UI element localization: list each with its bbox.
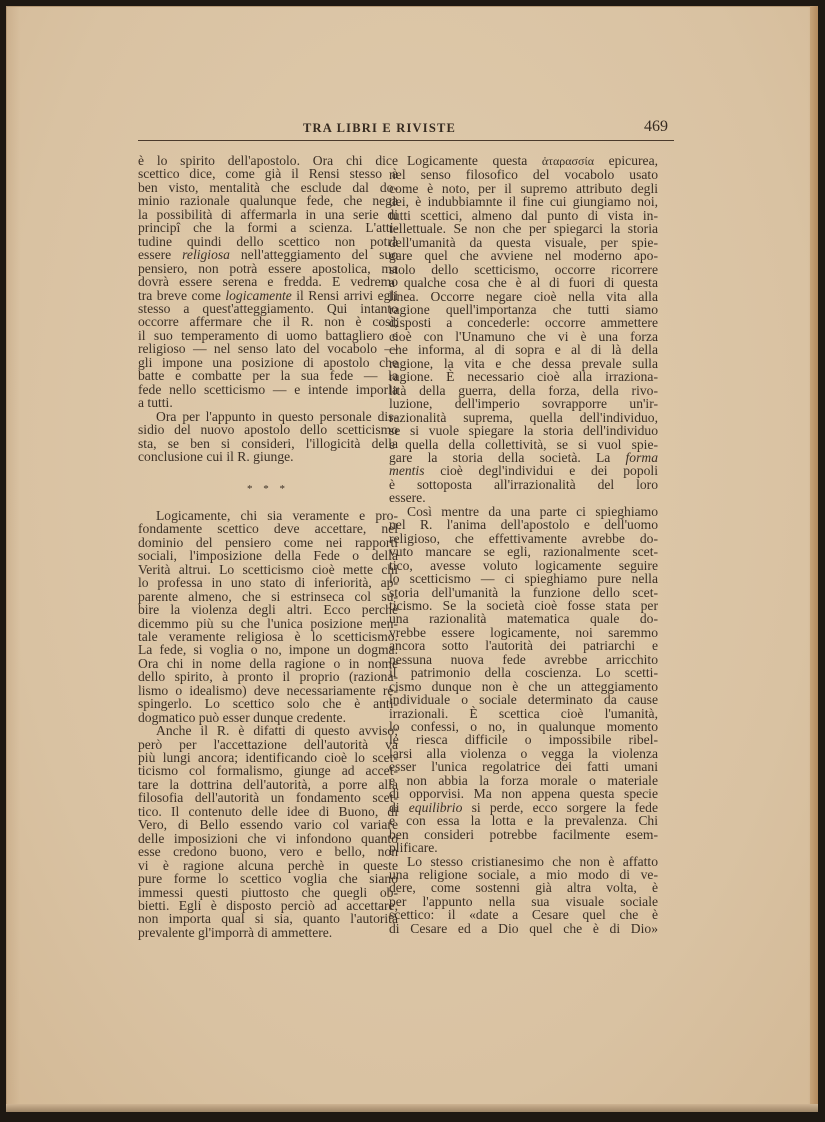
text-line: Ora per l'appunto in questo personale di…: [138, 410, 398, 423]
text-line: pure forme lo scettico voglia che siano: [138, 872, 398, 885]
text-line: tale veramente religiosa è lo scetticism…: [138, 630, 398, 643]
text-line: Lo stesso cristianesimo che non è affatt…: [389, 855, 658, 868]
text-line: Verità altrui. Lo scetticismo cioè mette…: [138, 563, 398, 576]
text-line: tico. Il contenuto delle idee di Buono, …: [138, 805, 398, 818]
text-line: esser l'unica regolatrice dei fatti uman…: [389, 760, 658, 773]
text-span: essere: [138, 247, 182, 262]
text-line: a tutti.: [138, 396, 398, 409]
text-line: parente almeno, che si estrinseca col su…: [138, 590, 398, 603]
text-line: La fede, si voglia o no, impone un dogma…: [138, 643, 398, 656]
text-line: Vero, di Bello essendo vario col variare: [138, 818, 398, 831]
left-column: è lo spirito dell'apostolo. Ora chi dice…: [138, 154, 398, 939]
paragraph: Logicamente, chi sia veramente e pro- fo…: [138, 509, 398, 724]
text-line: Logicamente questa ἀταρασσία epicurea,: [389, 154, 658, 168]
text-line: una razionalità matematica quale do-: [389, 612, 658, 625]
paragraph: Anche il R. è difatti di questo avviso; …: [138, 724, 398, 939]
text-line: tudine quindi dello scettico non potrà: [138, 235, 398, 248]
text-line: gli impone una posizione di apostolo che: [138, 356, 398, 369]
text-line: individuale o sociale determinato da cau…: [389, 693, 658, 706]
text-line: le riesca difficile o impossibile ribel-: [389, 733, 658, 746]
text-line: dogmatico può esser dunque credente.: [138, 711, 398, 724]
text-line: vi è ragione alcuna perchè in queste: [138, 859, 398, 872]
text-line: dominio del pensiero come nei rapporti: [138, 536, 398, 549]
text-line: spingerlo. Lo scettico solo che è anti-: [138, 697, 398, 710]
text-span: Logicamente questa: [407, 153, 542, 168]
text-line: non importa qual si sia, quanto l'autori…: [138, 912, 398, 925]
text-line: irrazionali. È scettica cioè l'umanità,: [389, 707, 658, 720]
text-line: religioso — nel senso lato del vocabolo …: [138, 342, 398, 355]
text-line: ticismo. Se la società cioè fosse stata …: [389, 599, 658, 612]
text-line: delle imposizioni che vi infondono quant…: [138, 832, 398, 845]
text-line: scettico: il «date a Cesare quel che è: [389, 908, 658, 921]
text-line: dei, è indubbiamnte il fine cui giungiam…: [389, 195, 658, 208]
text-line: lo confessi, o no, in qualunque momento: [389, 720, 658, 733]
text-line: di opporvisi. Ma non appena questa speci…: [389, 787, 658, 800]
page-number: 469: [644, 118, 668, 136]
text-line: il patrimonio della coscienza. Lo scetti…: [389, 666, 658, 679]
italic-word: religiosa: [182, 247, 230, 262]
page-edge-bottom: [6, 1104, 818, 1112]
text-line: una religione sociale, a mio modo di ve-: [389, 868, 658, 881]
text-line: se si vuole spiegare la storia dell'indi…: [389, 424, 658, 437]
text-line: di Cesare ed a Dio quel che è di Dio»: [389, 922, 658, 935]
text-line: cismo dunque non è che un atteggiamento: [389, 680, 658, 693]
text-line: vuto mancare se egli, razionalmente scet…: [389, 545, 658, 558]
running-title: TRA LIBRI E RIVISTE: [303, 121, 456, 136]
text-line: bire la violenza degli altri. Ecco perch…: [138, 603, 398, 616]
text-line: batte e combatte per la sua fede — la: [138, 369, 398, 382]
text-line: ragione quell'importanza che tutti siamo: [389, 303, 658, 316]
text-line: sociali, l'imposizione della Fede o dell…: [138, 549, 398, 562]
running-header: TRA LIBRI E RIVISTE 469: [138, 118, 674, 141]
text-line: come è noto, per il supremo attributo de…: [389, 182, 658, 195]
text-line: occorre affermare che il R. non è così;: [138, 315, 398, 328]
text-line: linea. Occorre negare cioè nella vita al…: [389, 290, 658, 303]
text-line: è lo spirito dell'apostolo. Ora chi dice: [138, 154, 398, 167]
scanned-page: TRA LIBRI E RIVISTE 469 è lo spirito del…: [6, 6, 818, 1112]
greek-word: ἀταρασσία: [542, 154, 594, 168]
text-line: fondamente scettico deve accettare, nel: [138, 522, 398, 535]
text-line: stesso a quest'atteggiamento. Qui intant…: [138, 302, 398, 315]
text-line: conclusione cui il R. giunge.: [138, 450, 398, 463]
right-column: Logicamente questa ἀταρασσία epicurea, n…: [389, 154, 658, 935]
text-line: per l'appunto nella sua visuale sociale: [389, 895, 658, 908]
text-line: nessuna nuova fede avrebbe arricchito: [389, 653, 658, 666]
text-line: dello spirito, à pronto il proprio (razi…: [138, 670, 398, 683]
text-line: più lungi ancora; identificando cioè lo …: [138, 751, 398, 764]
text-line: dicemmo più su che l'unica posizione men…: [138, 617, 398, 630]
text-line: minio razionale qualunque fede, che nega: [138, 194, 398, 207]
text-line: Così mentre da una parte ci spieghiamo: [389, 505, 658, 518]
text-line: bietti. Egli è disposto perciò ad accett…: [138, 899, 398, 912]
text-line: scettico dice, come già il Rensi stesso …: [138, 167, 398, 180]
text-line: nel R. l'anima dell'apostolo e dell'uomo: [389, 518, 658, 531]
paragraph: Ora per l'appunto in questo personale di…: [138, 410, 398, 464]
text-line: razionalità suprema, quella dell'individ…: [389, 411, 658, 424]
paragraph: Lo stesso cristianesimo che non è affatt…: [389, 855, 658, 936]
text-line: immessi questi piuttosto che quegli ob-: [138, 886, 398, 899]
text-line: però per l'accettazione dell'autorità va: [138, 738, 398, 751]
text-line: essere religiosa nell'atteggiamento del …: [138, 248, 398, 261]
text-line: la possibilità di affermarla in una seri…: [138, 208, 398, 221]
text-line: che informa, al di sopra e al di là dell…: [389, 343, 658, 356]
page-edge-right: [810, 6, 818, 1112]
text-line: sta, se ben si consideri, l'illogicità d…: [138, 437, 398, 450]
text-line: sidio del nuovo apostolo dello scetticis…: [138, 423, 398, 436]
paragraph: Logicamente questa ἀταρασσία epicurea, n…: [389, 154, 658, 505]
text-span: nell'atteggiamento del suo: [230, 247, 398, 262]
text-line: tico, avesse voluto logicamente seguire: [389, 559, 658, 572]
text-line: ben visto, mentalità che esclude dal do-: [138, 181, 398, 194]
text-line: lo professa in uno stato di inferiorità,…: [138, 576, 398, 589]
text-line: disposti a concederle: occorre ammettere: [389, 316, 658, 329]
text-line: cioè con l'Unamuno che vi è una forza: [389, 330, 658, 343]
text-line: dere, come sostenni già altra volta, è: [389, 881, 658, 894]
text-line: tellettuale. Se non che per spiegarci la…: [389, 222, 658, 235]
text-line: prevalente gl'imporrà di ammettere.: [138, 926, 398, 939]
text-line: lismo o idealismo) deve necessariamente …: [138, 684, 398, 697]
text-line: di equilibrio si perde, ecco sorgere la …: [389, 801, 658, 814]
text-span: epicurea,: [594, 153, 658, 168]
text-line: essere.: [389, 491, 658, 504]
text-line: il suo temperamento di uomo battagliero …: [138, 329, 398, 342]
text-line: larsi alla violenza o vegga la violenza: [389, 747, 658, 760]
text-line: tra breve come logicamente il Rensi arri…: [138, 289, 398, 302]
paragraph: Così mentre da una parte ci spieghiamo n…: [389, 505, 658, 855]
text-line: filosofia dell'autorità un fondamento sc…: [138, 791, 398, 804]
text-line: tare la dottrina dell'autorità, a porre …: [138, 778, 398, 791]
text-line: mentis cioè degl'individui e dei popoli: [389, 464, 658, 477]
text-line: ticismo col formalismo, giunge ad accet-: [138, 764, 398, 777]
text-line: ben consideri potrebbe facilmente esem-: [389, 828, 658, 841]
text-line: tutti scettici, almeno dal punto di vist…: [389, 209, 658, 222]
text-line: gare quel che avviene nel moderno apo-: [389, 249, 658, 262]
text-line: stolo dello scetticismo, occorre ricorre…: [389, 263, 658, 276]
text-line: storia dell'umanità la funzione dello sc…: [389, 586, 658, 599]
text-line: esse credono buono, vero e bello, non: [138, 845, 398, 858]
text-line: gare la storia della società. La forma: [389, 451, 658, 464]
text-line: e con essa la lotta e la prevalenza. Chi: [389, 814, 658, 827]
text-line: principî che la formi a scienza. L'atti-: [138, 221, 398, 234]
text-line: è sottoposta all'irrazionalità del loro: [389, 478, 658, 491]
text-line: Anche il R. è difatti di questo avviso;: [138, 724, 398, 737]
text-line: lo scetticismo — ci spieghiamo pure nell…: [389, 572, 658, 585]
text-line: ragione. È necessario cioè alla irrazion…: [389, 370, 658, 383]
text-line: fede nello scetticismo — e intende impor…: [138, 383, 398, 396]
text-line: nel senso filosofico del vocabolo usato: [389, 168, 658, 181]
text-line: dell'umanità da questa visuale, per spie…: [389, 236, 658, 249]
text-line: plificare.: [389, 841, 658, 854]
text-line: a qualche cosa che è al di fuori di ques…: [389, 276, 658, 289]
text-line: religioso, che effettivamente avrebbe do…: [389, 532, 658, 545]
paragraph: è lo spirito dell'apostolo. Ora chi dice…: [138, 154, 398, 410]
text-line: Logicamente, chi sia veramente e pro-: [138, 509, 398, 522]
text-line: luzione, dell'imperio sovrapporre un'ir-: [389, 397, 658, 410]
text-line: lità della guerra, della forza, della ri…: [389, 384, 658, 397]
text-line: e non abbia la forza morale o materiale: [389, 774, 658, 787]
text-line: pensiero, non potrà essere apostolica, m…: [138, 262, 398, 275]
text-line: dovrà essere serena e fredda. E vedremo: [138, 275, 398, 288]
text-line: ancora sotto l'autorità dei patriarchi e: [389, 639, 658, 652]
section-separator: * * *: [138, 483, 398, 496]
text-line: e quella della collettività, se si vuol …: [389, 438, 658, 451]
text-line: vrebbe essere logicamente, noi saremmo: [389, 626, 658, 639]
text-line: Ora chi in nome della ragione o in nome: [138, 657, 398, 670]
